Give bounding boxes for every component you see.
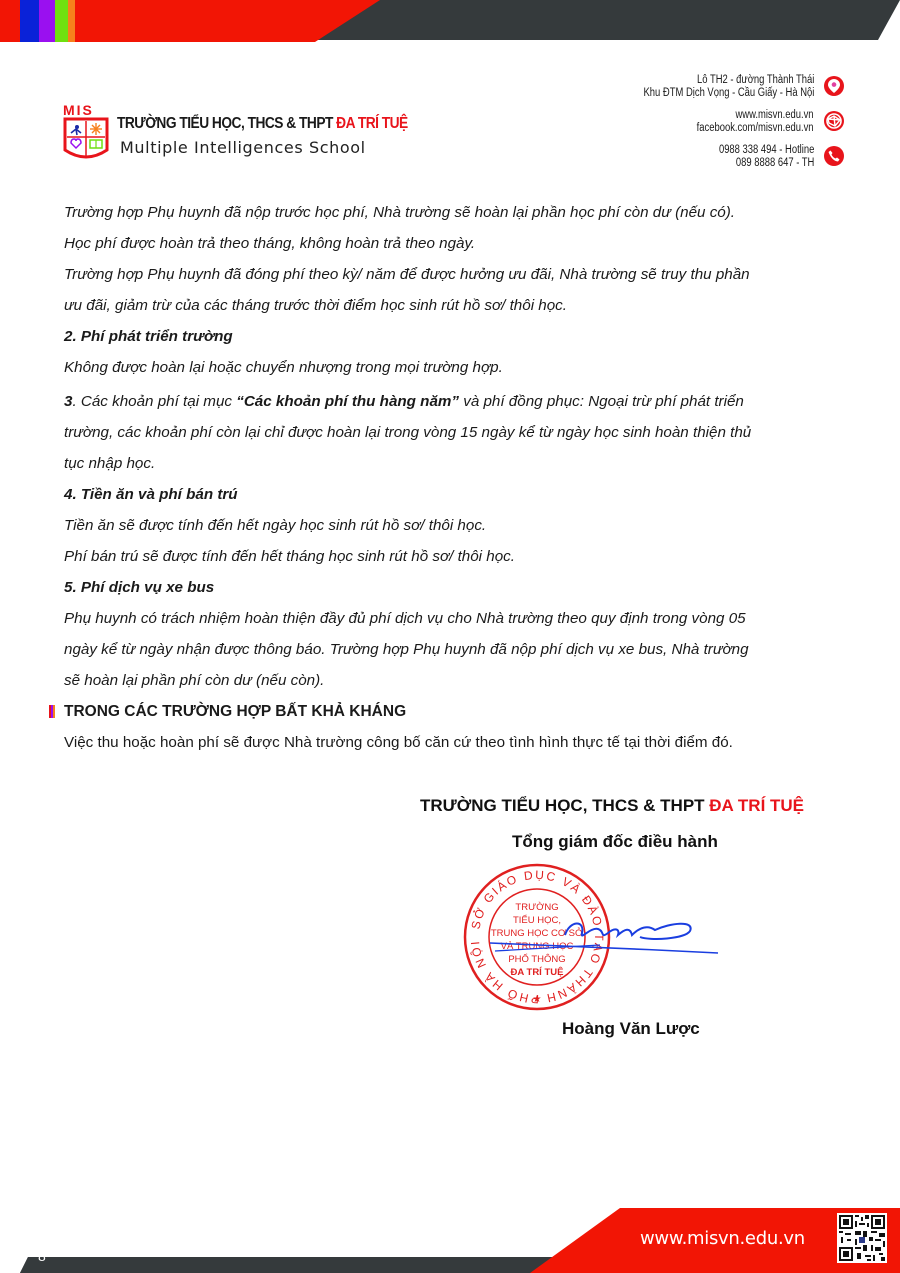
paragraph: ưu đãi, giảm trừ của các tháng trước thờ…: [64, 290, 854, 321]
school-name-accent: ĐA TRÍ TUỆ: [336, 115, 408, 132]
signature-school-name: TRƯỜNG TIỂU HỌC, THCS & THPT ĐA TRÍ TUỆ: [420, 796, 804, 816]
svg-text:★: ★: [533, 994, 542, 1005]
svg-text:MIS: MIS: [63, 102, 94, 118]
paragraph: Phí bán trú sẽ được tính đến hết tháng h…: [64, 541, 854, 572]
school-subtitle: Multiple Intelligences School: [120, 138, 366, 157]
location-pin-icon: [824, 76, 844, 96]
signatory-name: Hoàng Văn Lược: [562, 1019, 700, 1039]
paragraph: ngày kể từ ngày nhận được thông báo. Trư…: [64, 634, 854, 665]
paragraph: Việc thu hoặc hoàn phí sẽ được Nhà trườn…: [64, 727, 854, 758]
footer-website-link[interactable]: www.misvn.edu.vn: [640, 1228, 805, 1249]
section-marker-icon: [49, 705, 55, 718]
top-banner: [0, 0, 900, 42]
subheading-development-fee: 2. Phí phát triển trường: [64, 321, 854, 352]
signature-title: Tổng giám đốc điều hành: [512, 832, 718, 852]
paragraph: tục nhập học.: [64, 448, 854, 479]
address-line-2: Khu ĐTM Dịch Vọng - Cầu Giấy - Hà Nội: [643, 87, 814, 100]
paragraph: Trường hợp Phụ huynh đã nộp trước học ph…: [64, 197, 854, 228]
address-line-1: Lô TH2 - đường Thành Thái: [643, 74, 814, 87]
contact-web: www.misvn.edu.vn facebook.com/misvn.edu.…: [697, 109, 814, 135]
page-number: 8: [38, 1248, 46, 1264]
qr-code[interactable]: [837, 1213, 887, 1263]
paragraph: Không được hoàn lại hoặc chuyển nhượng t…: [64, 352, 854, 383]
paragraph: Học phí được hoàn trả theo tháng, không …: [64, 228, 854, 259]
subheading-bus-fee: 5. Phí dịch vụ xe bus: [64, 572, 854, 603]
phone-icon: [824, 146, 844, 166]
handwritten-signature: [490, 905, 720, 960]
signature-school-accent: ĐA TRÍ TUỆ: [709, 796, 804, 815]
th-number: 089 8888 647 - TH: [719, 157, 814, 170]
website-link[interactable]: www.misvn.edu.vn: [697, 109, 814, 122]
paragraph: Phụ huynh có trách nhiệm hoàn thiện đầy …: [64, 603, 854, 634]
school-logo: MIS: [62, 102, 112, 170]
school-name-main: TRƯỜNG TIỂU HỌC, THCS & THPT: [117, 115, 336, 132]
paragraph: trường, các khoản phí còn lại chỉ được h…: [64, 417, 854, 448]
contact-phone: 0988 338 494 - Hotline 089 8888 647 - TH: [719, 144, 814, 170]
section-heading-force-majeure: TRONG CÁC TRƯỜNG HỢP BẤT KHẢ KHÁNG: [64, 696, 854, 727]
paragraph: sẽ hoàn lại phần phí còn dư (nếu còn).: [64, 665, 854, 696]
svg-text:ĐA TRÍ TUỆ: ĐA TRÍ TUỆ: [511, 966, 564, 978]
paragraph: Trường hợp Phụ huynh đã đóng phí theo kỳ…: [64, 259, 854, 290]
paragraph-annual-fees: 3. Các khoản phí tại mục “Các khoản phí …: [64, 386, 854, 417]
contact-address: Lô TH2 - đường Thành Thái Khu ĐTM Dịch V…: [643, 74, 814, 100]
quoted-section-title: “Các khoản phí thu hàng năm”: [236, 393, 459, 410]
subheading-meal-fee: 4. Tiền ăn và phí bán trú: [64, 479, 854, 510]
facebook-link[interactable]: facebook.com/misvn.edu.vn: [697, 122, 814, 135]
globe-network-icon: [824, 111, 844, 131]
text-segment: . Các khoản phí tại mục: [72, 393, 236, 410]
school-name: TRƯỜNG TIỂU HỌC, THCS & THPT ĐA TRÍ TUỆ: [117, 115, 408, 133]
paragraph: Tiền ăn sẽ được tính đến hết ngày học si…: [64, 510, 854, 541]
signature-school-main: TRƯỜNG TIỂU HỌC, THCS & THPT: [420, 796, 709, 815]
section-heading-text: TRONG CÁC TRƯỜNG HỢP BẤT KHẢ KHÁNG: [64, 703, 406, 720]
policy-content: Trường hợp Phụ huynh đã nộp trước học ph…: [64, 197, 854, 758]
hotline-number: 0988 338 494 - Hotline: [719, 144, 814, 157]
text-segment: và phí đồng phục: Ngoại trừ phí phát tri…: [459, 393, 744, 410]
